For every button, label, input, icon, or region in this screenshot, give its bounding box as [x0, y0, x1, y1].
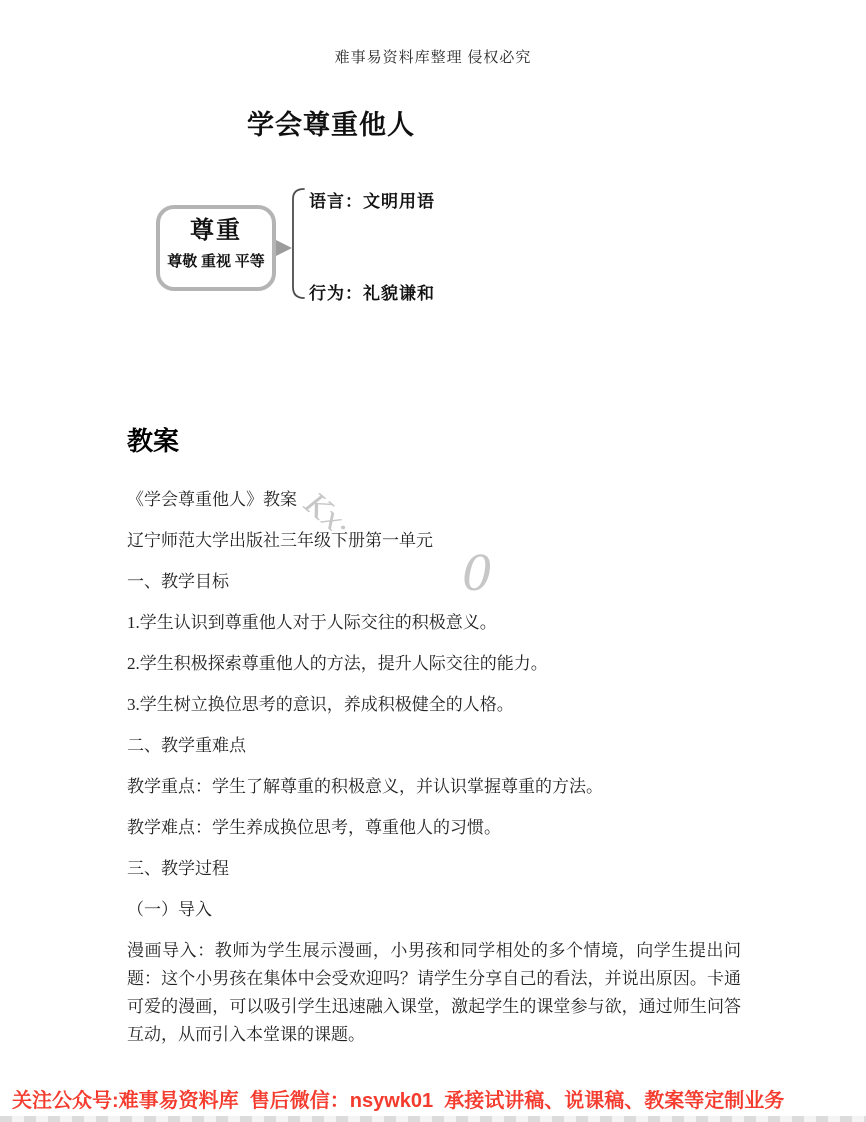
branch-language-label: 语言：文明用语	[309, 187, 435, 212]
lesson-plan-content: 教案 《学会尊重他人》教案 辽宁师范大学出版社三年级下册第一单元 一、教学目标 …	[127, 424, 741, 1062]
page-title: 学会尊重他人	[247, 103, 415, 142]
paragraph: 三、教学过程	[127, 855, 741, 883]
header-note: 难事易资料库整理 侵权必究	[0, 46, 866, 67]
paragraph: 教学难点：学生养成换位思考，尊重他人的习惯。	[127, 814, 741, 842]
paragraph: 1.学生认识到尊重他人对于人际交往的积极意义。	[127, 609, 741, 637]
branch-behavior-label: 行为：礼貌谦和	[309, 279, 435, 304]
lesson-plan-heading: 教案	[127, 424, 741, 458]
respect-box: 尊重 尊敬 重视 平等	[156, 205, 276, 291]
paragraph: 教学重点：学生了解尊重的积极意义，并认识掌握尊重的方法。	[127, 773, 741, 801]
paragraph: 一、教学目标	[127, 568, 741, 596]
respect-box-keywords: 尊敬 重视 平等	[167, 250, 265, 271]
respect-box-title: 尊重	[190, 218, 242, 244]
document-page: 难事易资料库整理 侵权必究 学会尊重他人 尊重 尊敬 重视 平等 语言：文明用语…	[0, 0, 866, 1122]
page-bottom-strip	[0, 1116, 866, 1122]
paragraph: 二、教学重难点	[127, 732, 741, 760]
paragraph: （一）导入	[127, 896, 741, 924]
promo-footer: 关注公众号:难事易资料库 售后微信：nsywk01 承接试讲稿、说课稿、教案等定…	[12, 1084, 860, 1113]
paragraph: 漫画导入：教师为学生展示漫画，小男孩和同学相处的多个情境，向学生提出问题：这个小…	[127, 937, 741, 1049]
paragraph: 2.学生积极探索尊重他人的方法，提升人际交往的能力。	[127, 650, 741, 678]
paragraph: 辽宁师范大学出版社三年级下册第一单元	[127, 527, 741, 555]
arrow-icon	[180, 236, 292, 260]
paragraph: 《学会尊重他人》教案	[127, 486, 741, 514]
bracket-shape	[293, 189, 304, 298]
paragraph: 3.学生树立换位思考的意识，养成积极健全的人格。	[127, 691, 741, 719]
